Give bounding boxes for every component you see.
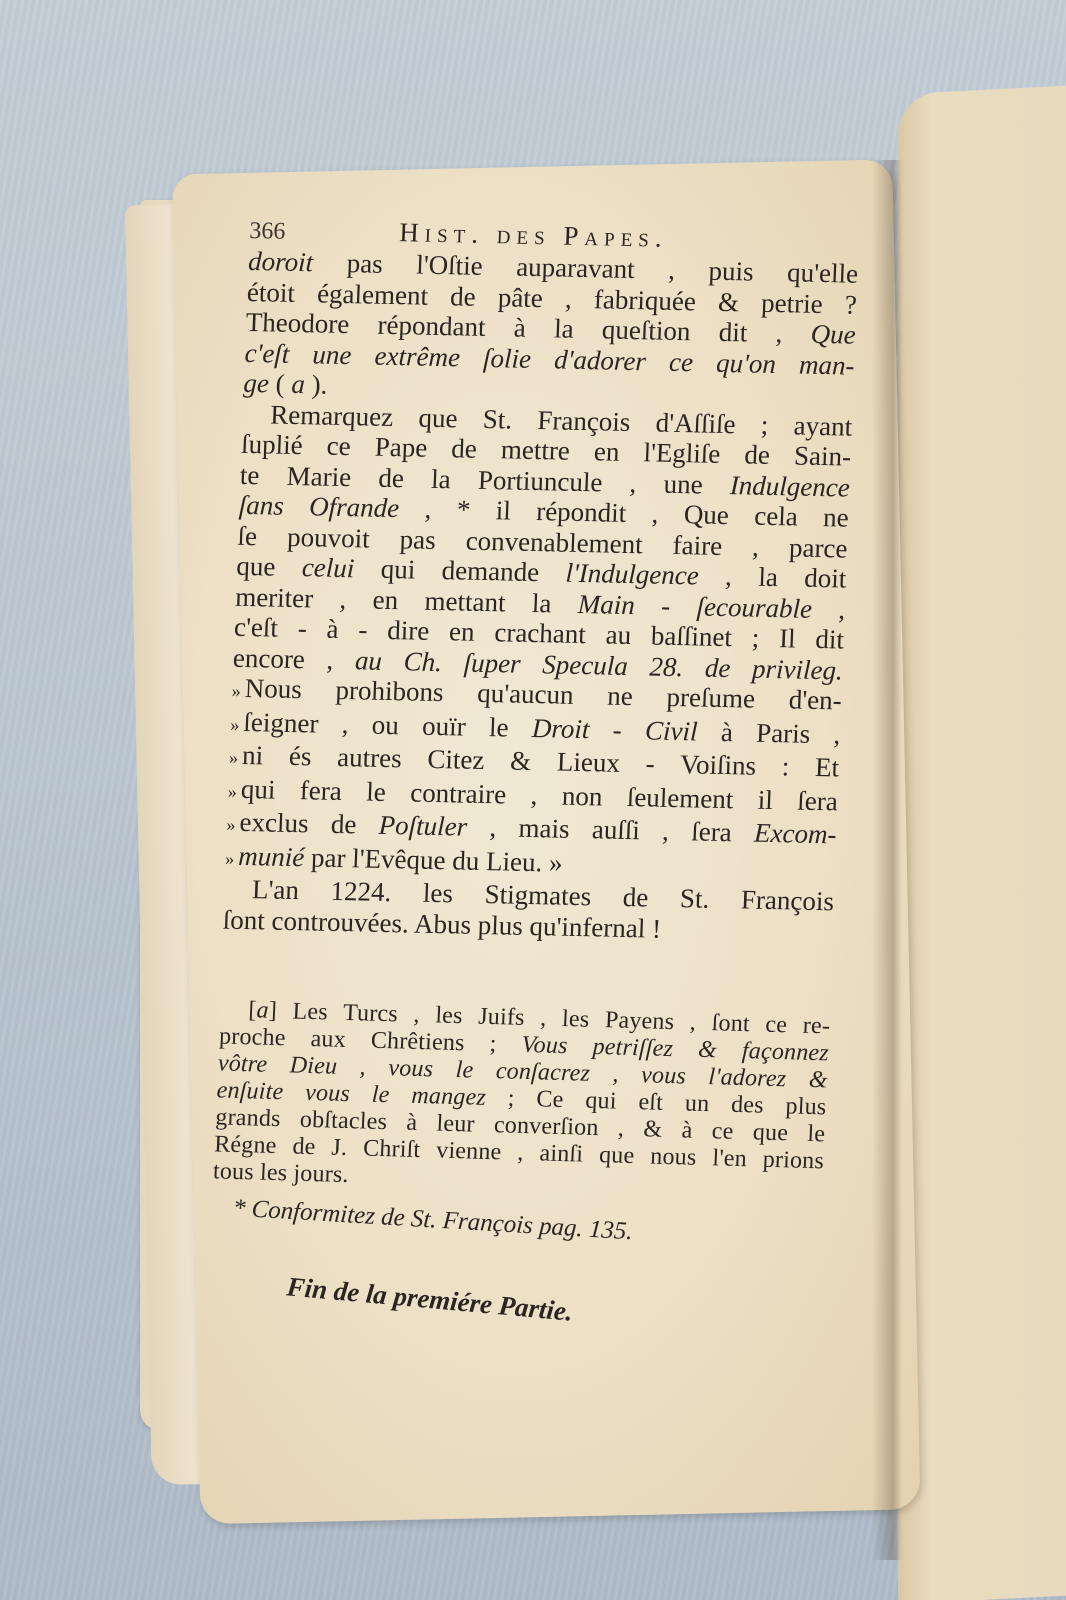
body-paragraphs: doroit pas l'Oſtie auparavant , puis qu'… <box>222 246 858 947</box>
italic-run: l'Indulgence <box>565 558 699 591</box>
italic-run: Indulgence <box>729 470 850 502</box>
guillemet: » <box>231 681 241 701</box>
paragraph: Remarquez que St. François d'Aſſiſe ; ay… <box>225 398 853 886</box>
guillemet: » <box>225 848 235 868</box>
text-run: qui demande <box>354 553 566 587</box>
italic-run: munié <box>238 840 305 871</box>
text-run: que <box>236 551 303 582</box>
text-run: à Paris , <box>697 716 841 749</box>
guillemet: » <box>227 781 237 801</box>
text-run: tous les jours. <box>212 1158 349 1188</box>
text-run: , la doit <box>698 560 847 593</box>
text-run: ( <box>268 368 292 398</box>
italic-run: Poſtuler <box>378 810 468 842</box>
text-run: par l'Evêque du Lieu. » <box>304 842 563 877</box>
text-run: encore , <box>232 642 355 675</box>
text-run: , mais auſſi , ſera <box>467 812 755 848</box>
italic-run: Main - ſecourable <box>577 588 812 623</box>
running-head: Hist. des Papes. <box>399 217 668 253</box>
italic-run: ge <box>243 368 270 399</box>
page-text: 366 Hist. des Papes. doroit pas l'Oſtie … <box>208 214 859 1308</box>
gutter-shadow <box>872 160 902 1560</box>
paragraph: doroit pas l'Oſtie auparavant , puis qu'… <box>243 246 859 411</box>
guillemet: » <box>226 815 236 835</box>
italic-run: ſans Ofrande <box>238 490 400 523</box>
paragraph: L'an 1224. les Stigmates de St. François… <box>222 874 834 948</box>
italic-run: Que <box>810 319 856 350</box>
footnote-a: [a] Les Turcs , les Juifs , les Payens ,… <box>212 996 830 1202</box>
text-run: exclus de <box>239 807 379 840</box>
italic-run: Droit - Civil <box>531 713 698 746</box>
footnotes: [a] Les Turcs , les Juifs , les Payens ,… <box>208 996 831 1310</box>
text-run: ). <box>304 369 328 399</box>
italic-run: doroit <box>248 246 314 277</box>
guillemet: » <box>230 714 240 734</box>
text-run: ſeigner , ou ouïr le <box>243 706 533 742</box>
text-run: , <box>811 593 845 624</box>
italic-run: celui <box>301 552 355 583</box>
italic-run: Excom- <box>754 818 838 850</box>
guillemet: » <box>229 748 239 768</box>
footnote-star: * Conformitez de St. François pag. 135. <box>210 1193 821 1256</box>
page-number: 366 <box>249 216 400 250</box>
